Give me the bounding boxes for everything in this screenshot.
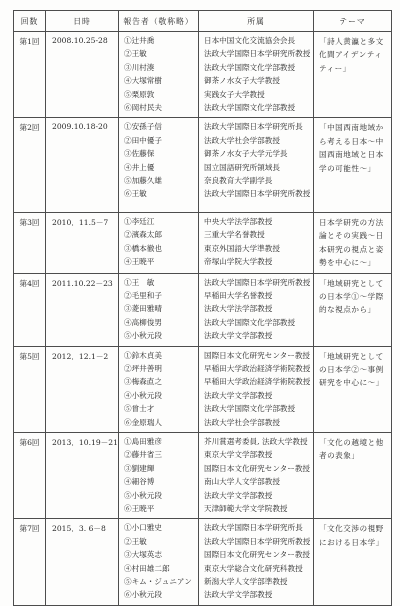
- theme-cell: 日本学研究の方法論とその実践～日本研究の視点と姿勢を中心に～」: [314, 212, 392, 273]
- reporter-affiliation: 法政大学文学部教授: [204, 329, 310, 342]
- session-label: 第4回: [17, 278, 42, 289]
- session-label: 第3回: [17, 217, 42, 228]
- reporter-name: ⑤栗原敦: [124, 88, 195, 101]
- header-affiliation: 所属: [199, 11, 314, 32]
- reporter-name: ①安孫子信: [124, 120, 195, 133]
- theme-text: 日本学研究の方法論とその実践～日本研究の視点と姿勢を中心に～」: [319, 216, 387, 270]
- reporter-name: ②田中優子: [124, 134, 195, 147]
- reporter-affiliation: 南山大学人文学部教授: [204, 475, 310, 488]
- theme-text: 「詩人黄瀛と多文化間アイデンティティー」: [319, 35, 387, 75]
- theme-cell: 「地域研究としての日本学①～学際的な視点から」: [314, 273, 392, 346]
- affiliations-cell: 日本中国文化交流協会会長法政大学国際日本学研究所教授法政大学国際文化学部教授御茶…: [199, 32, 314, 118]
- reporter-name: ③橋本徹也: [124, 242, 195, 255]
- reporter-name: ③菱田雅晴: [124, 302, 195, 315]
- reporter-affiliation: 新潟大学人文学部準教授: [204, 575, 310, 588]
- reporter-affiliation: 東京大学総合文化研究科教授: [204, 562, 310, 575]
- reporter-name: ①鈴木貞美: [124, 349, 195, 362]
- reporter-name: ①島田雅彦: [124, 435, 195, 448]
- session-cell: 第3回: [14, 212, 46, 273]
- date-label: 2009.10.18-20: [52, 122, 115, 131]
- reporter-name: ①辻井喬: [124, 34, 195, 47]
- reporter-name: ④村田雄二郎: [124, 562, 195, 575]
- reporter-name: ⑥岡村民夫: [124, 101, 195, 114]
- date-label: 2015．3. 6－8: [52, 523, 115, 534]
- session-cell: 第2回: [14, 118, 46, 212]
- reporters-cell: ①小口雅史②王敏③大塚英志④村田雄二郎⑤キム・ジュニアン⑥小秋元段: [119, 519, 199, 605]
- document-page: 回数 日時 報告者（敬称略） 所属 テーマ 第1回2008.10.25-28①辻…: [0, 0, 400, 594]
- session-label: 第2回: [17, 122, 42, 133]
- reporter-affiliation: 法政大学文学部教授: [204, 489, 310, 502]
- affiliations-cell: 法政大学国際日本学研究所長法政大学社会学部教授御茶ノ水女子大学元学長国立国語研究…: [199, 118, 314, 212]
- reporter-affiliation: 法政大学国際日本学研究所教授: [204, 276, 310, 289]
- reporter-name: ②坪井善明: [124, 362, 195, 375]
- theme-text: 「中国西南地域から考える日本～中国西南地域と日本学の可能性～」: [319, 121, 387, 175]
- reporter-affiliation: 法政大学国際文化学部教授: [204, 402, 310, 415]
- reporter-affiliation: 帝塚山学院大学教授: [204, 255, 310, 268]
- reporter-affiliation: 法政大学文学部教授: [204, 588, 310, 601]
- reporter-affiliation: 御茶ノ水女子大学教授: [204, 74, 310, 87]
- reporter-name: ②濱森太郎: [124, 228, 195, 241]
- theme-cell: 「文化の越境と他者の表象」: [314, 432, 392, 518]
- affiliations-cell: 国際日本文化研究センター教授早稲田大学政治経済学術院教授早稲田大学政治経済学術院…: [199, 346, 314, 432]
- reporter-affiliation: 法政大学国際日本学研究所教授: [204, 187, 310, 200]
- reporter-name: ③大塚英志: [124, 548, 195, 561]
- reporter-affiliation: 芥川賞選考委員, 法政大学教授: [204, 435, 310, 448]
- reporter-name: ②王敏: [124, 47, 195, 60]
- reporter-affiliation: 法政大学社会学部教授: [204, 416, 310, 429]
- date-cell: 2008.10.25-28: [46, 32, 119, 118]
- reporter-affiliation: 国立国語研究所領域長: [204, 161, 310, 174]
- reporters-cell: ①安孫子信②田中優子③佐藤保④井上優⑤加藤久雄⑥王敏: [119, 118, 199, 212]
- session-label: 第7回: [17, 523, 42, 534]
- reporter-affiliation: 中央大学法学部教授: [204, 215, 310, 228]
- theme-text: 「文化の越境と他者の表象」: [319, 436, 387, 463]
- reporter-affiliation: 早稲田大学政治経済学術院教授: [204, 375, 310, 388]
- theme-cell: 「詩人黄瀛と多文化間アイデンティティー」: [314, 32, 392, 118]
- reporter-affiliation: 法政大学国際文化学部教授: [204, 316, 310, 329]
- date-label: 2008.10.25-28: [52, 36, 115, 45]
- date-label: 2013．10.19－21: [52, 437, 115, 448]
- reporter-affiliation: 実践女子大学教授: [204, 88, 310, 101]
- table-header: 回数 日時 報告者（敬称略） 所属 テーマ: [14, 11, 392, 32]
- reporter-name: ①李廷江: [124, 215, 195, 228]
- theme-text: 「文化交渉の視野における日本学」: [319, 522, 387, 549]
- reporter-affiliation: 法政大学国際日本学研究所長: [204, 120, 310, 133]
- reporter-name: ⑥小秋元段: [124, 588, 195, 601]
- date-cell: 2013．10.19－21: [46, 432, 119, 518]
- reporter-affiliation: 法政大学国際日本学研究所教授: [204, 535, 310, 548]
- reporter-name: ⑤小秋元段: [124, 329, 195, 342]
- reporter-affiliation: 国際日本文化研究センター教授: [204, 462, 310, 475]
- table-row: 第3回2010．11.5－7①李廷江②濱森太郎③橋本徹也④王暁平中央大学法学部教…: [14, 212, 392, 273]
- reporters-cell: ①辻井喬②王敏③川村湊④大塚常樹⑤栗原敦⑥岡村民夫: [119, 32, 199, 118]
- reporter-name: ①小口雅史: [124, 521, 195, 534]
- date-label: 2011.10.22－23: [52, 278, 115, 289]
- reporter-affiliation: 法政大学社会学部教授: [204, 134, 310, 147]
- table-row: 第5回2012．12.1－2①鈴木貞美②坪井善明③梅森直之④小秋元段⑤曾士才⑥金…: [14, 346, 392, 432]
- reporter-name: ⑤加藤久雄: [124, 174, 195, 187]
- reporter-name: ②王敏: [124, 535, 195, 548]
- reporter-affiliation: 法政大学法学部教授: [204, 302, 310, 315]
- session-cell: 第6回: [14, 432, 46, 518]
- reporter-name: ③佐藤保: [124, 147, 195, 160]
- reporter-affiliation: 法政大学国際日本学研究所長: [204, 521, 310, 534]
- reporter-affiliation: 奈良教育大学副学長: [204, 174, 310, 187]
- theme-cell: 「文化交渉の視野における日本学」: [314, 519, 392, 605]
- reporter-affiliation: 三重大学名誉教授: [204, 228, 310, 241]
- header-theme: テーマ: [314, 11, 392, 32]
- reporter-name: ④細谷博: [124, 475, 195, 488]
- reporters-cell: ①鈴木貞美②坪井善明③梅森直之④小秋元段⑤曾士才⑥金原瑞人: [119, 346, 199, 432]
- reporter-affiliation: 法政大学国際日本学研究所教授: [204, 47, 310, 60]
- reporter-name: ①王 敏: [124, 276, 195, 289]
- date-cell: 2011.10.22－23: [46, 273, 119, 346]
- theme-cell: 「地域研究としての日本学②～事例研究を中心に～」: [314, 346, 392, 432]
- reporter-affiliation: 天津師範大学文学院教授: [204, 502, 310, 515]
- date-cell: 2010．11.5－7: [46, 212, 119, 273]
- reporter-name: ②藤井省三: [124, 448, 195, 461]
- theme-text: 「地域研究としての日本学②～事例研究を中心に～」: [319, 350, 387, 390]
- table-row: 第6回2013．10.19－21①島田雅彦②藤井省三③劉建輝④細谷博⑤小秋元段⑥…: [14, 432, 392, 518]
- session-label: 第6回: [17, 437, 42, 448]
- date-cell: 2012．12.1－2: [46, 346, 119, 432]
- session-cell: 第7回: [14, 519, 46, 605]
- symposium-table: 回数 日時 報告者（敬称略） 所属 テーマ 第1回2008.10.25-28①辻…: [13, 10, 392, 606]
- table-row: 第2回2009.10.18-20①安孫子信②田中優子③佐藤保④井上優⑤加藤久雄⑥…: [14, 118, 392, 212]
- reporter-name: ④高柳俊男: [124, 316, 195, 329]
- table-body: 第1回2008.10.25-28①辻井喬②王敏③川村湊④大塚常樹⑤栗原敦⑥岡村民…: [14, 32, 392, 606]
- reporter-name: ⑥王暁平: [124, 502, 195, 515]
- reporter-affiliation: 日本中国文化交流協会会長: [204, 34, 310, 47]
- theme-text: 「地域研究としての日本学①～学際的な視点から」: [319, 277, 387, 317]
- reporter-name: ③川村湊: [124, 61, 195, 74]
- session-cell: 第4回: [14, 273, 46, 346]
- reporter-name: ④井上優: [124, 161, 195, 174]
- date-label: 2012．12.1－2: [52, 351, 115, 362]
- session-cell: 第5回: [14, 346, 46, 432]
- reporter-affiliation: 御茶ノ水女子大学元学長: [204, 147, 310, 160]
- header-session: 回数: [14, 11, 46, 32]
- reporter-name: ④大塚常樹: [124, 74, 195, 87]
- reporter-affiliation: 国際日本文化研究センター教授: [204, 349, 310, 362]
- reporter-affiliation: 国際日本文化研究センター教授: [204, 548, 310, 561]
- reporter-name: ⑤曾士才: [124, 402, 195, 415]
- reporters-cell: ①李廷江②濱森太郎③橋本徹也④王暁平: [119, 212, 199, 273]
- table-row: 第4回2011.10.22－23①王 敏②毛里和子③菱田雅晴④高柳俊男⑤小秋元段…: [14, 273, 392, 346]
- header-date: 日時: [46, 11, 119, 32]
- affiliations-cell: 法政大学国際日本学研究所長法政大学国際日本学研究所教授国際日本文化研究センター教…: [199, 519, 314, 605]
- date-label: 2010．11.5－7: [52, 217, 115, 228]
- reporter-name: ③劉建輝: [124, 462, 195, 475]
- reporters-cell: ①王 敏②毛里和子③菱田雅晴④高柳俊男⑤小秋元段: [119, 273, 199, 346]
- reporter-name: ⑤小秋元段: [124, 489, 195, 502]
- reporter-affiliation: 東京外国語大学準教授: [204, 242, 310, 255]
- reporter-affiliation: 東京大学文学部教授: [204, 448, 310, 461]
- reporter-name: ④王暁平: [124, 255, 195, 268]
- reporter-affiliation: 法政大学国際文化学部教授: [204, 101, 310, 114]
- date-cell: 2009.10.18-20: [46, 118, 119, 212]
- table-row: 第1回2008.10.25-28①辻井喬②王敏③川村湊④大塚常樹⑤栗原敦⑥岡村民…: [14, 32, 392, 118]
- reporters-cell: ①島田雅彦②藤井省三③劉建輝④細谷博⑤小秋元段⑥王暁平: [119, 432, 199, 518]
- reporter-affiliation: 早稲田大学政治経済学術院教授: [204, 362, 310, 375]
- table-row: 第7回2015．3. 6－8①小口雅史②王敏③大塚英志④村田雄二郎⑤キム・ジュニ…: [14, 519, 392, 605]
- reporter-name: ③梅森直之: [124, 375, 195, 388]
- theme-cell: 「中国西南地域から考える日本～中国西南地域と日本学の可能性～」: [314, 118, 392, 212]
- date-cell: 2015．3. 6－8: [46, 519, 119, 605]
- reporter-affiliation: 法政大学文学部教授: [204, 389, 310, 402]
- header-reporters: 報告者（敬称略）: [119, 11, 199, 32]
- header-row: 回数 日時 報告者（敬称略） 所属 テーマ: [14, 11, 392, 32]
- affiliations-cell: 中央大学法学部教授三重大学名誉教授東京外国語大学準教授帝塚山学院大学教授: [199, 212, 314, 273]
- session-label: 第5回: [17, 351, 42, 362]
- reporter-affiliation: 早稲田大学名誉教授: [204, 289, 310, 302]
- session-label: 第1回: [17, 36, 42, 47]
- reporter-affiliation: 法政大学国際文化学部教授: [204, 61, 310, 74]
- affiliations-cell: 法政大学国際日本学研究所教授早稲田大学名誉教授法政大学法学部教授法政大学国際文化…: [199, 273, 314, 346]
- reporter-name: ⑤キム・ジュニアン: [124, 575, 195, 588]
- session-cell: 第1回: [14, 32, 46, 118]
- reporter-name: ②毛里和子: [124, 289, 195, 302]
- reporter-name: ⑥金原瑞人: [124, 416, 195, 429]
- affiliations-cell: 芥川賞選考委員, 法政大学教授東京大学文学部教授国際日本文化研究センター教授南山…: [199, 432, 314, 518]
- reporter-name: ④小秋元段: [124, 389, 195, 402]
- reporter-name: ⑥王敏: [124, 187, 195, 200]
